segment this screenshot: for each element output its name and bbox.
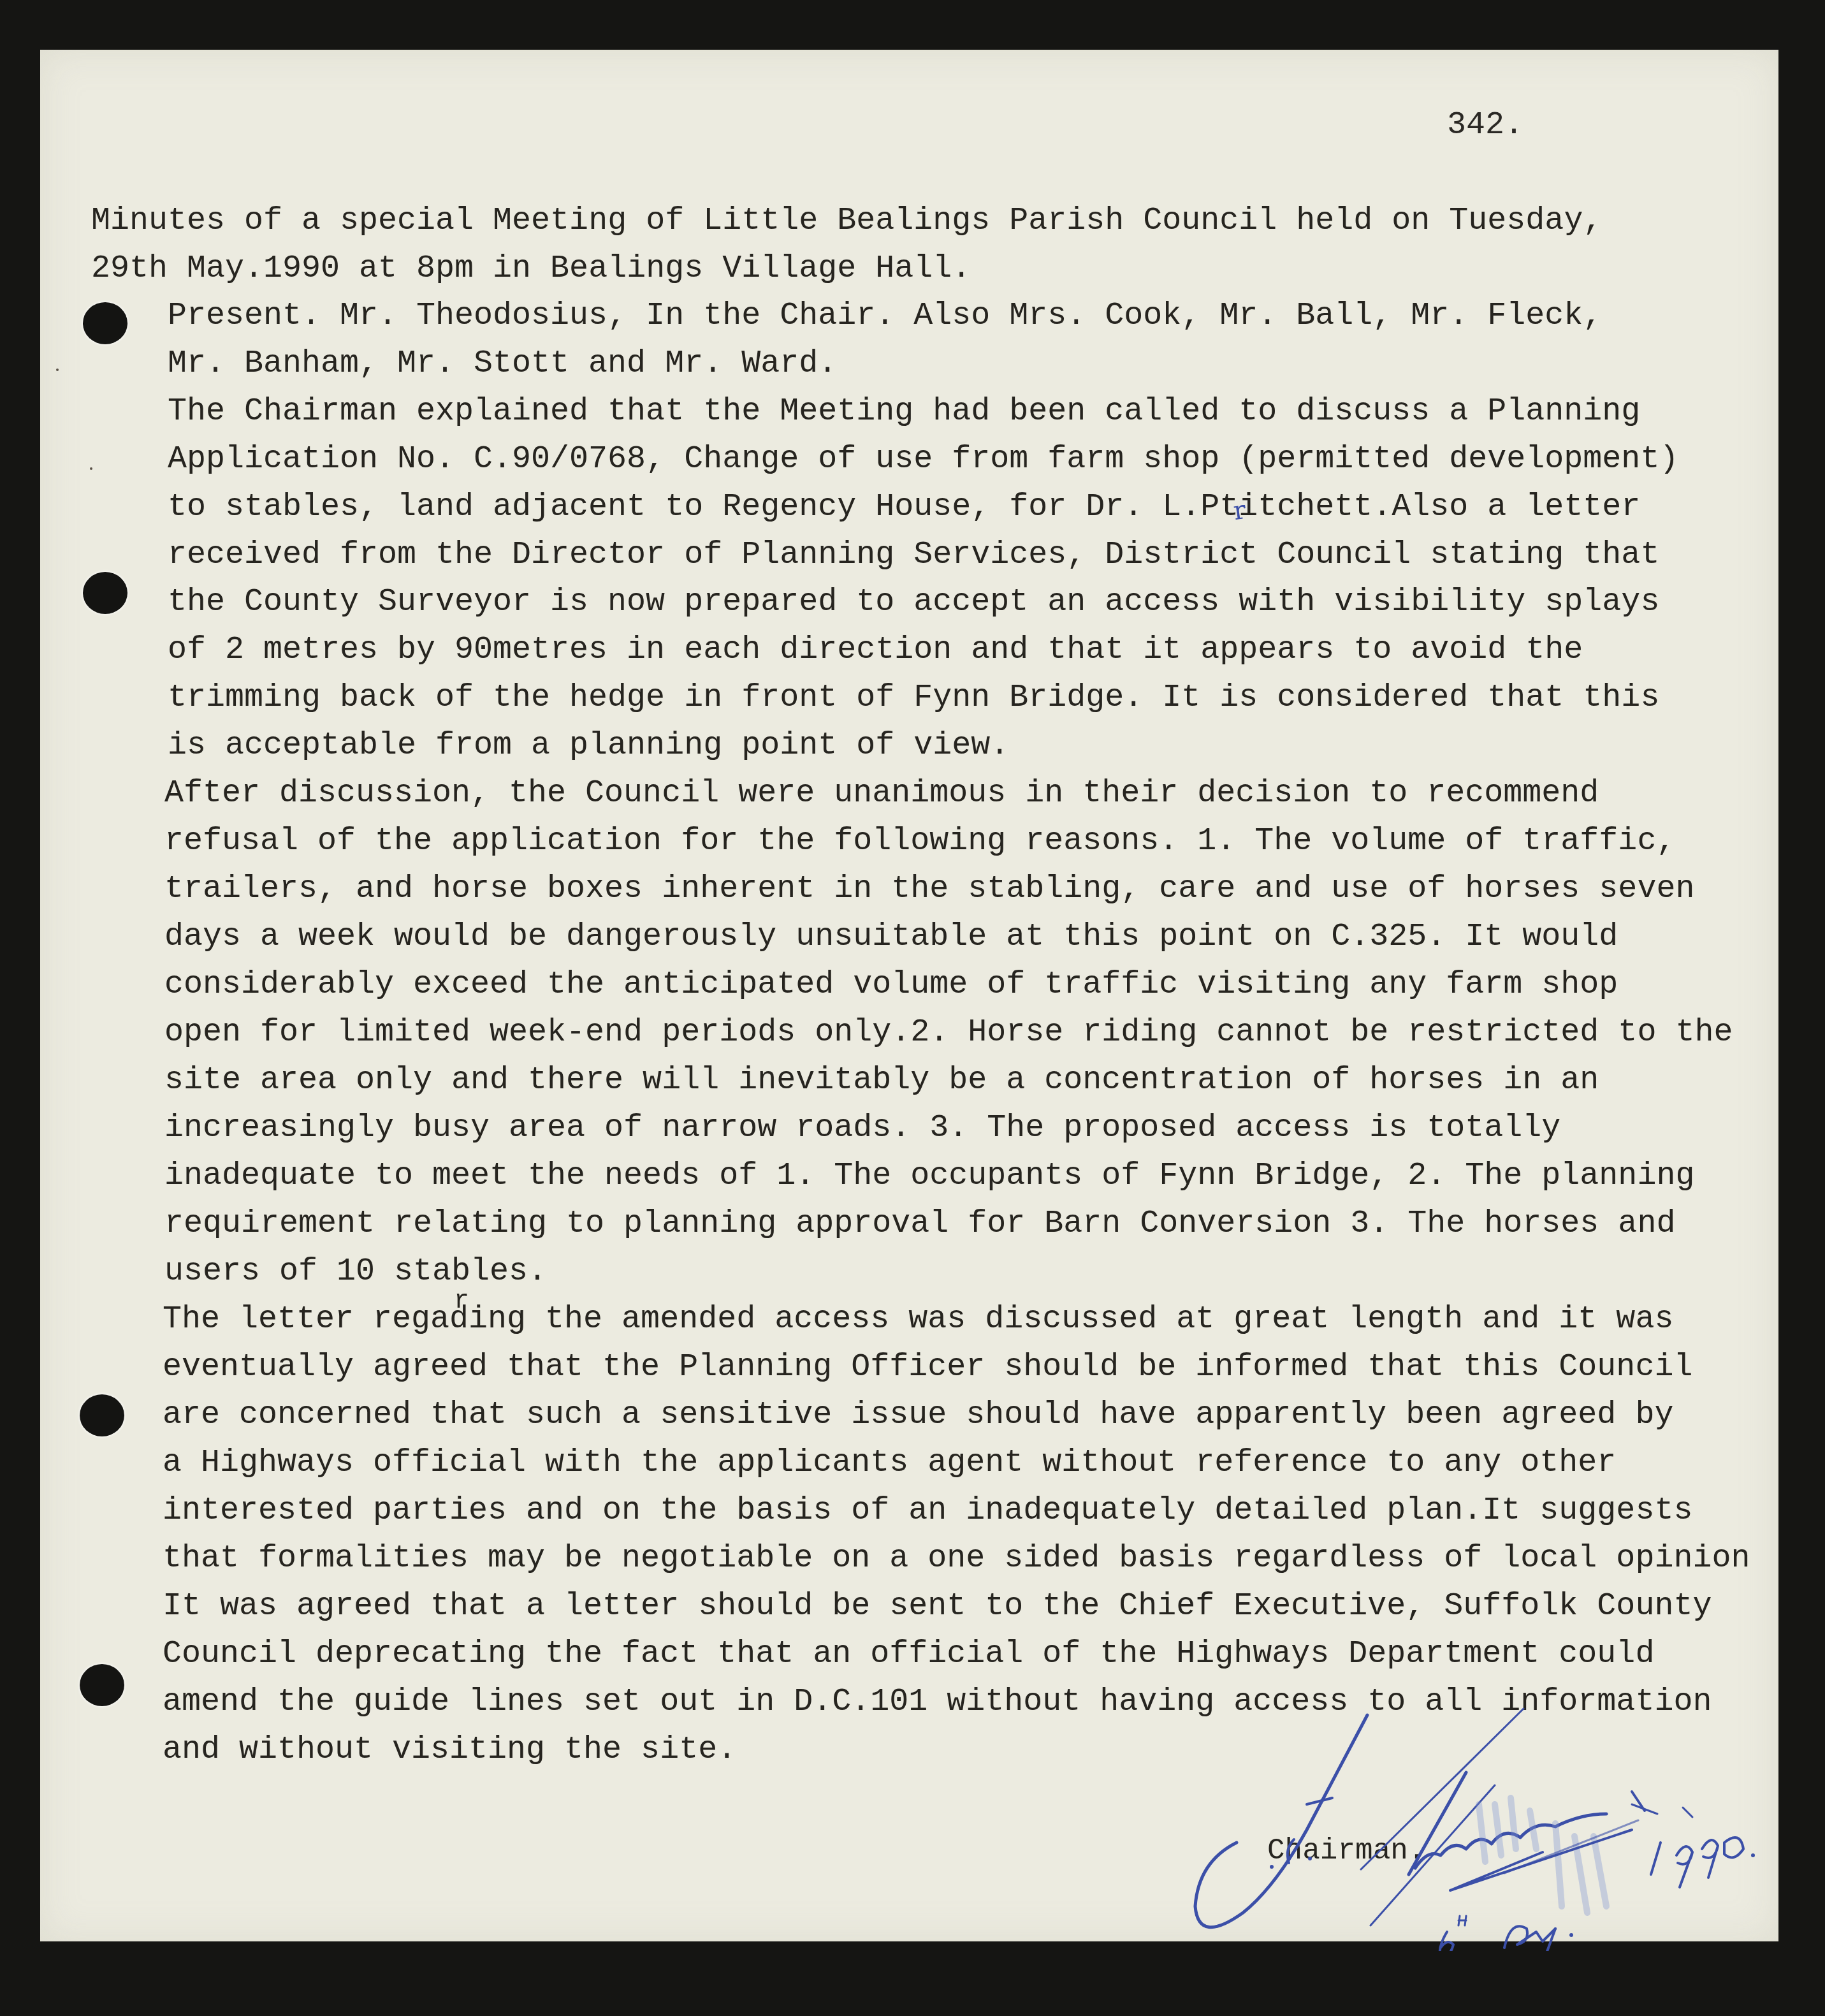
letter-line: that formalities may be negotiable on a … (163, 1543, 1750, 1575)
punch-hole (83, 572, 127, 614)
title-line: 29th May.1990 at 8pm in Bealings Village… (91, 253, 971, 285)
application-line: the County Surveyor is now prepared to a… (168, 587, 1659, 618)
decision-line: requirement relating to planning approva… (164, 1208, 1675, 1240)
punch-hole (80, 1394, 124, 1436)
decision-line: After discussion, the Council were unani… (164, 778, 1599, 810)
handwritten-signature (1147, 1696, 1785, 1951)
decision-line: users of 10 stables. (164, 1256, 547, 1288)
application-line: is acceptable from a planning point of v… (168, 730, 1009, 762)
attendance-line: Mr. Banham, Mr. Stott and Mr. Ward. (168, 348, 837, 380)
letter-line: Council deprecating the fact that an off… (163, 1639, 1654, 1670)
letter-line: interested parties and on the basis of a… (163, 1495, 1692, 1527)
letter-line: eventually agreed that the Planning Offi… (163, 1352, 1692, 1384)
decision-line: trailers, and horse boxes inherent in th… (164, 873, 1694, 905)
decision-line: increasingly busy area of narrow roads. … (164, 1113, 1560, 1144)
page-number: 342. (1447, 110, 1523, 142)
application-line: Application No. C.90/0768, Change of use… (168, 444, 1678, 476)
paper-speck (56, 369, 59, 371)
decision-line: refusal of the application for the follo… (164, 826, 1675, 858)
decision-line: considerably exceed the anticipated volu… (164, 969, 1618, 1001)
application-line: received from the Director of Planning S… (168, 539, 1659, 571)
application-line: to stables, land adjacent to Regency Hou… (168, 492, 1640, 523)
title-line: Minutes of a special Meeting of Little B… (91, 205, 1602, 237)
punch-hole (83, 302, 127, 344)
punch-hole (80, 1664, 124, 1706)
decision-line: open for limited week-end periods only.2… (164, 1017, 1733, 1049)
attendance-line: Present. Mr. Theodosius, In the Chair. A… (168, 300, 1602, 332)
letter-line: and without visiting the site. (163, 1734, 736, 1766)
decision-line: days a week would be dangerously unsuita… (164, 921, 1618, 953)
application-line: trimming back of the hedge in front of F… (168, 682, 1659, 714)
letter-line: The letter regading the amended access w… (163, 1304, 1673, 1336)
decision-line: site area only and there will inevitably… (164, 1065, 1599, 1097)
application-line: The Chairman explained that the Meeting … (168, 396, 1640, 428)
letter-line: a Highways official with the applicants … (163, 1447, 1616, 1479)
paper-speck (90, 467, 92, 470)
letter-line: It was agreed that a letter should be se… (163, 1591, 1712, 1623)
letter-line: are concerned that such a sensitive issu… (163, 1399, 1673, 1431)
decision-line: inadequate to meet the needs of 1. The o… (164, 1160, 1694, 1192)
application-line: of 2 metres by 90metres in each directio… (168, 634, 1583, 666)
